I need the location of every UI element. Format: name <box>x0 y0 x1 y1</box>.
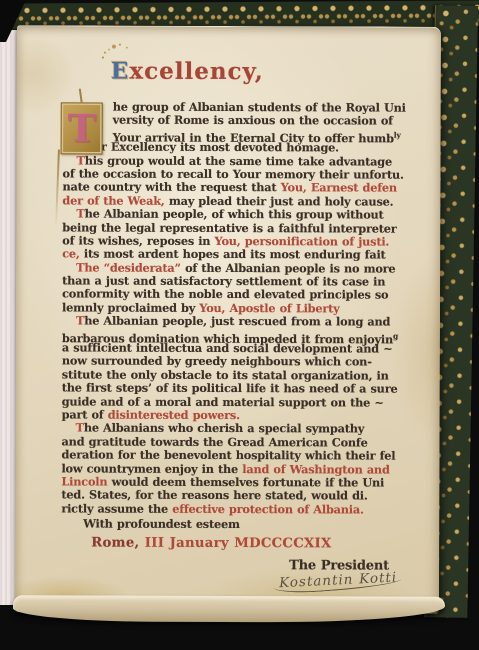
parchment-page: Excellency, The group of Albanian studen… <box>15 25 441 613</box>
ink-text: lemnly proclaimed by <box>62 300 199 314</box>
letter-body: The group of Albanian students of the Ro… <box>61 100 421 588</box>
ink-text: part of <box>62 407 108 421</box>
text-line: versity of Rome is anxious on the occasi… <box>63 114 421 129</box>
rubricated-text: You, personification of justi. <box>215 234 390 249</box>
ink-text: rictly assume the <box>61 501 172 515</box>
letter-salutation: Excellency, <box>111 58 264 86</box>
dateline: Rome, III January MDCCCCXIX <box>61 536 419 551</box>
paragraph: The Albanians who cherish a special symp… <box>61 422 419 517</box>
rubricated-text: Lincoln <box>61 474 107 488</box>
rubricated-text: Rome, <box>91 535 145 550</box>
salutation-text: xcellency, <box>129 58 263 85</box>
rubricated-text: ce, <box>62 247 79 261</box>
paragraph: The Albanian people, of which this group… <box>62 208 420 263</box>
scanned-letter-photo: Excellency, The group of Albanian studen… <box>0 0 479 650</box>
paragraph: The Albanian people, just rescued from a… <box>62 315 420 423</box>
rubricated-text: You, Earnest defen <box>281 181 397 195</box>
ink-text: g <box>393 331 398 340</box>
rubricated-text: der of the Weak, <box>62 193 164 207</box>
ink-text: of its wishes, reposes in <box>62 233 214 248</box>
signature-flourish <box>273 579 401 595</box>
rubricated-text: effective protection of Albania. <box>172 502 364 517</box>
illuminated-initial-t: T <box>61 102 103 154</box>
ink-text: low countrymen enjoy in the <box>61 461 242 476</box>
paragraph: The group of Albanian students of the Ro… <box>63 100 421 155</box>
ink-text: he Albanian people, just rescued from a … <box>84 314 390 329</box>
president-signature: Kostantin Kotti <box>279 572 398 591</box>
rubricated-text: You, Apostle of Liberty <box>199 301 339 315</box>
paragraph: The “desiderata” of the Albanian people … <box>62 261 420 316</box>
closing-line: With profoundest esteem <box>61 518 419 533</box>
illuminated-initial-e: E <box>111 58 130 85</box>
rubricated-text: The “desiderata” <box>76 260 181 274</box>
ink-text: ly <box>394 130 401 139</box>
text-line: The Albanian people, just rescued from a… <box>62 315 420 330</box>
rubricated-text: III January MDCCCCXIX <box>145 535 332 551</box>
page-bottom-curl <box>13 595 446 623</box>
rubricated-text: land of Washington and <box>242 462 389 477</box>
text-line: rictly assume the effective protection o… <box>61 502 419 517</box>
paragraph: This group would at the same time take a… <box>62 154 420 209</box>
ink-text: versity of Rome is anxious on the occasi… <box>113 113 393 128</box>
rubricated-text: disinterested powers. <box>108 408 240 422</box>
